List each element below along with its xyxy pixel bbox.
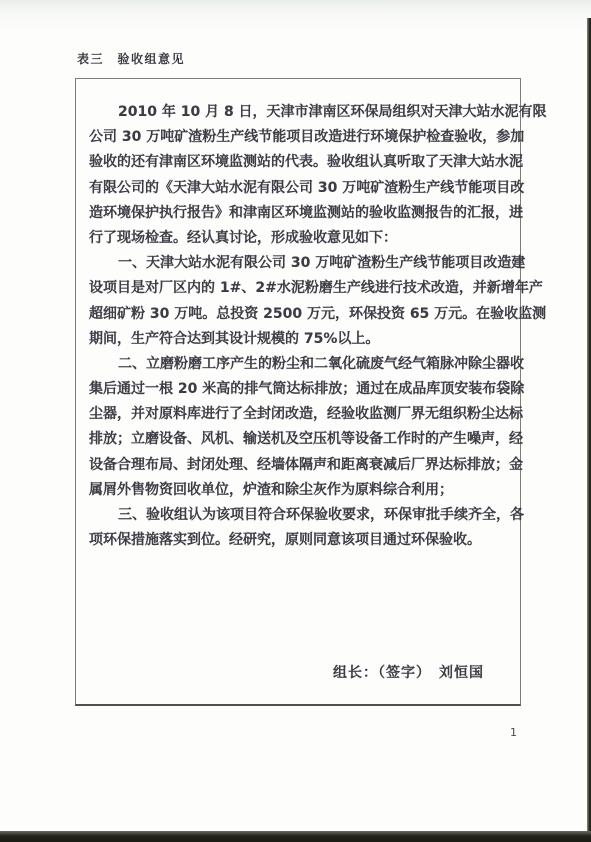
document-line: 超细矿粉 30 万吨。总投资 2500 万元，环保投资 65 万元。在验收监测 <box>89 302 513 327</box>
document-line: 行了现场检查。经认真讨论，形成验收意见如下： <box>89 226 513 251</box>
group-leader-signature-line: 组长：（签字） 刘恒国 <box>333 662 484 682</box>
scanned-document-page: 表三 验收组意见 2010 年 10 月 8 日，天津市津南区环保局组织对天津大… <box>0 0 591 842</box>
document-line: 二、立磨粉磨工序产生的粉尘和二氧化硫废气经气箱脉冲除尘器收 <box>89 352 513 377</box>
scan-bottom-edge-shadow <box>0 831 591 842</box>
document-line: 集后通过一根 20 米高的排气筒达标排放；通过在成品库顶安装布袋除 <box>89 377 513 402</box>
document-line: 有限公司的《天津大站水泥有限公司 30 万吨矿渣粉生产线节能项目改 <box>89 176 513 201</box>
document-line: 验收的还有津南区环境监测站的代表。验收组认真听取了天津大站水泥 <box>89 150 513 175</box>
scan-top-tint <box>0 0 591 34</box>
table-header-label: 表三 验收组意见 <box>77 50 185 67</box>
document-line: 设备合理布局、封闭处理、经墙体隔声和距离衰减后厂界达标排放；金 <box>89 453 513 478</box>
document-line: 期间，生产符合达到其设计规模的 75%以上。 <box>89 327 513 352</box>
document-line: 造环境保护执行报告》和津南区环境监测站的验收监测报告的汇报，进 <box>89 201 513 226</box>
document-line: 一、天津大站水泥有限公司 30 万吨矿渣粉生产线节能项目改造建 <box>89 251 513 276</box>
acceptance-opinion-box: 2010 年 10 月 8 日，天津市津南区环保局组织对天津大站水泥有限 公司 … <box>75 78 521 706</box>
document-line: 公司 30 万吨矿渣粉生产线节能项目改造进行环境保护检查验收，参加 <box>89 125 513 150</box>
document-line: 排放；立磨设备、风机、输送机及空压机等设备工作时的产生噪声，经 <box>89 427 513 452</box>
document-line: 三、验收组认为该项目符合环保验收要求，环保审批手续齐全，各 <box>89 503 513 528</box>
document-line: 尘器，并对原料库进行了全封闭改造，经验收监测厂界无组织粉尘达标 <box>89 402 513 427</box>
document-line: 项环保措施落实到位。经研究，原则同意该项目通过环保验收。 <box>89 528 513 553</box>
document-line: 属屑外售物资回收单位，炉渣和除尘灰作为原料综合利用； <box>89 478 513 503</box>
document-line: 设项目是对厂区内的 1#、2#水泥粉磨生产线进行技术改造，并新增年产 <box>89 276 513 301</box>
page-number: 1 <box>510 726 517 739</box>
document-line: 2010 年 10 月 8 日，天津市津南区环保局组织对天津大站水泥有限 <box>89 100 513 125</box>
opinion-text-block: 2010 年 10 月 8 日，天津市津南区环保局组织对天津大站水泥有限 公司 … <box>76 79 520 553</box>
scan-right-edge-shadow <box>587 18 591 842</box>
